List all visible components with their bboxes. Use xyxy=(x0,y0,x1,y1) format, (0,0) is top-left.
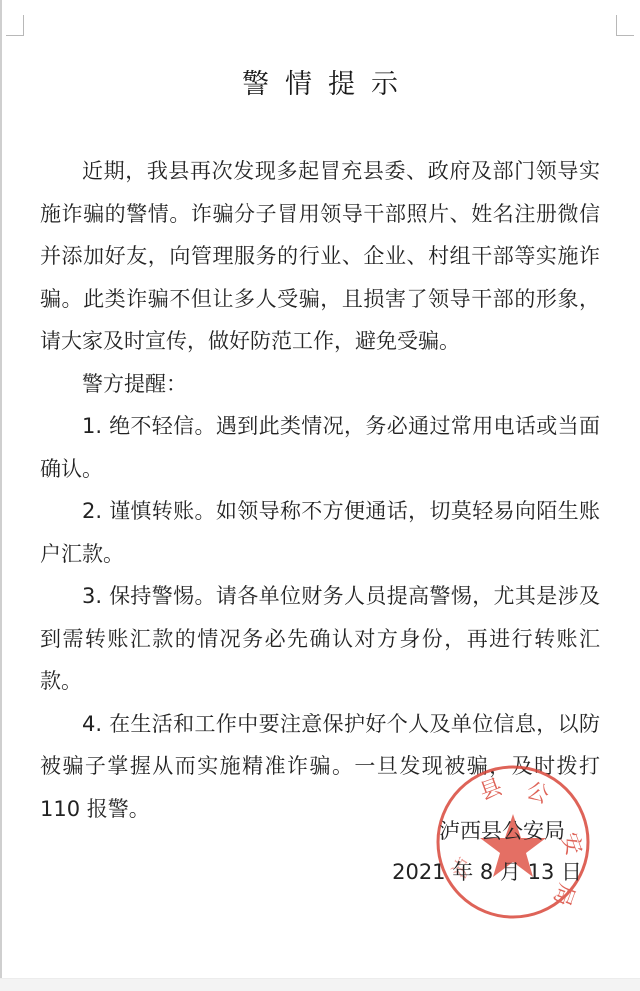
bottom-bar xyxy=(0,978,640,991)
svg-text:公: 公 xyxy=(523,778,552,809)
intro-paragraph: 近期，我县再次发现多起冒充县委、政府及部门领导实施诈骗的警情。诈骗分子冒用领导干… xyxy=(40,150,600,363)
signature-date: 2021 年 8 月 13 日 xyxy=(392,856,582,886)
reminder-item-2: 2. 谨慎转账。如领导称不方便通话，切莫轻易向陌生账户汇款。 xyxy=(40,490,600,575)
reminder-heading: 警方提醒： xyxy=(40,363,600,406)
document-body: 近期，我县再次发现多起冒充县委、政府及部门领导实施诈骗的警情。诈骗分子冒用领导干… xyxy=(40,150,600,830)
signature-organization: 泸西县公安局 xyxy=(439,815,565,845)
reminder-item-3: 3. 保持警惕。请各单位财务人员提高警惕，尤其是涉及到需转账汇款的情况务必先确认… xyxy=(40,575,600,703)
document-title: 警情提示 xyxy=(0,62,640,101)
margin-corner-mark-top-right xyxy=(616,15,634,36)
page-edge xyxy=(0,0,2,991)
reminder-item-1: 1. 绝不轻信。遇到此类情况，务必通过常用电话或当面确认。 xyxy=(40,405,600,490)
margin-corner-mark-top-left xyxy=(6,15,24,36)
svg-text:县: 县 xyxy=(477,775,506,806)
